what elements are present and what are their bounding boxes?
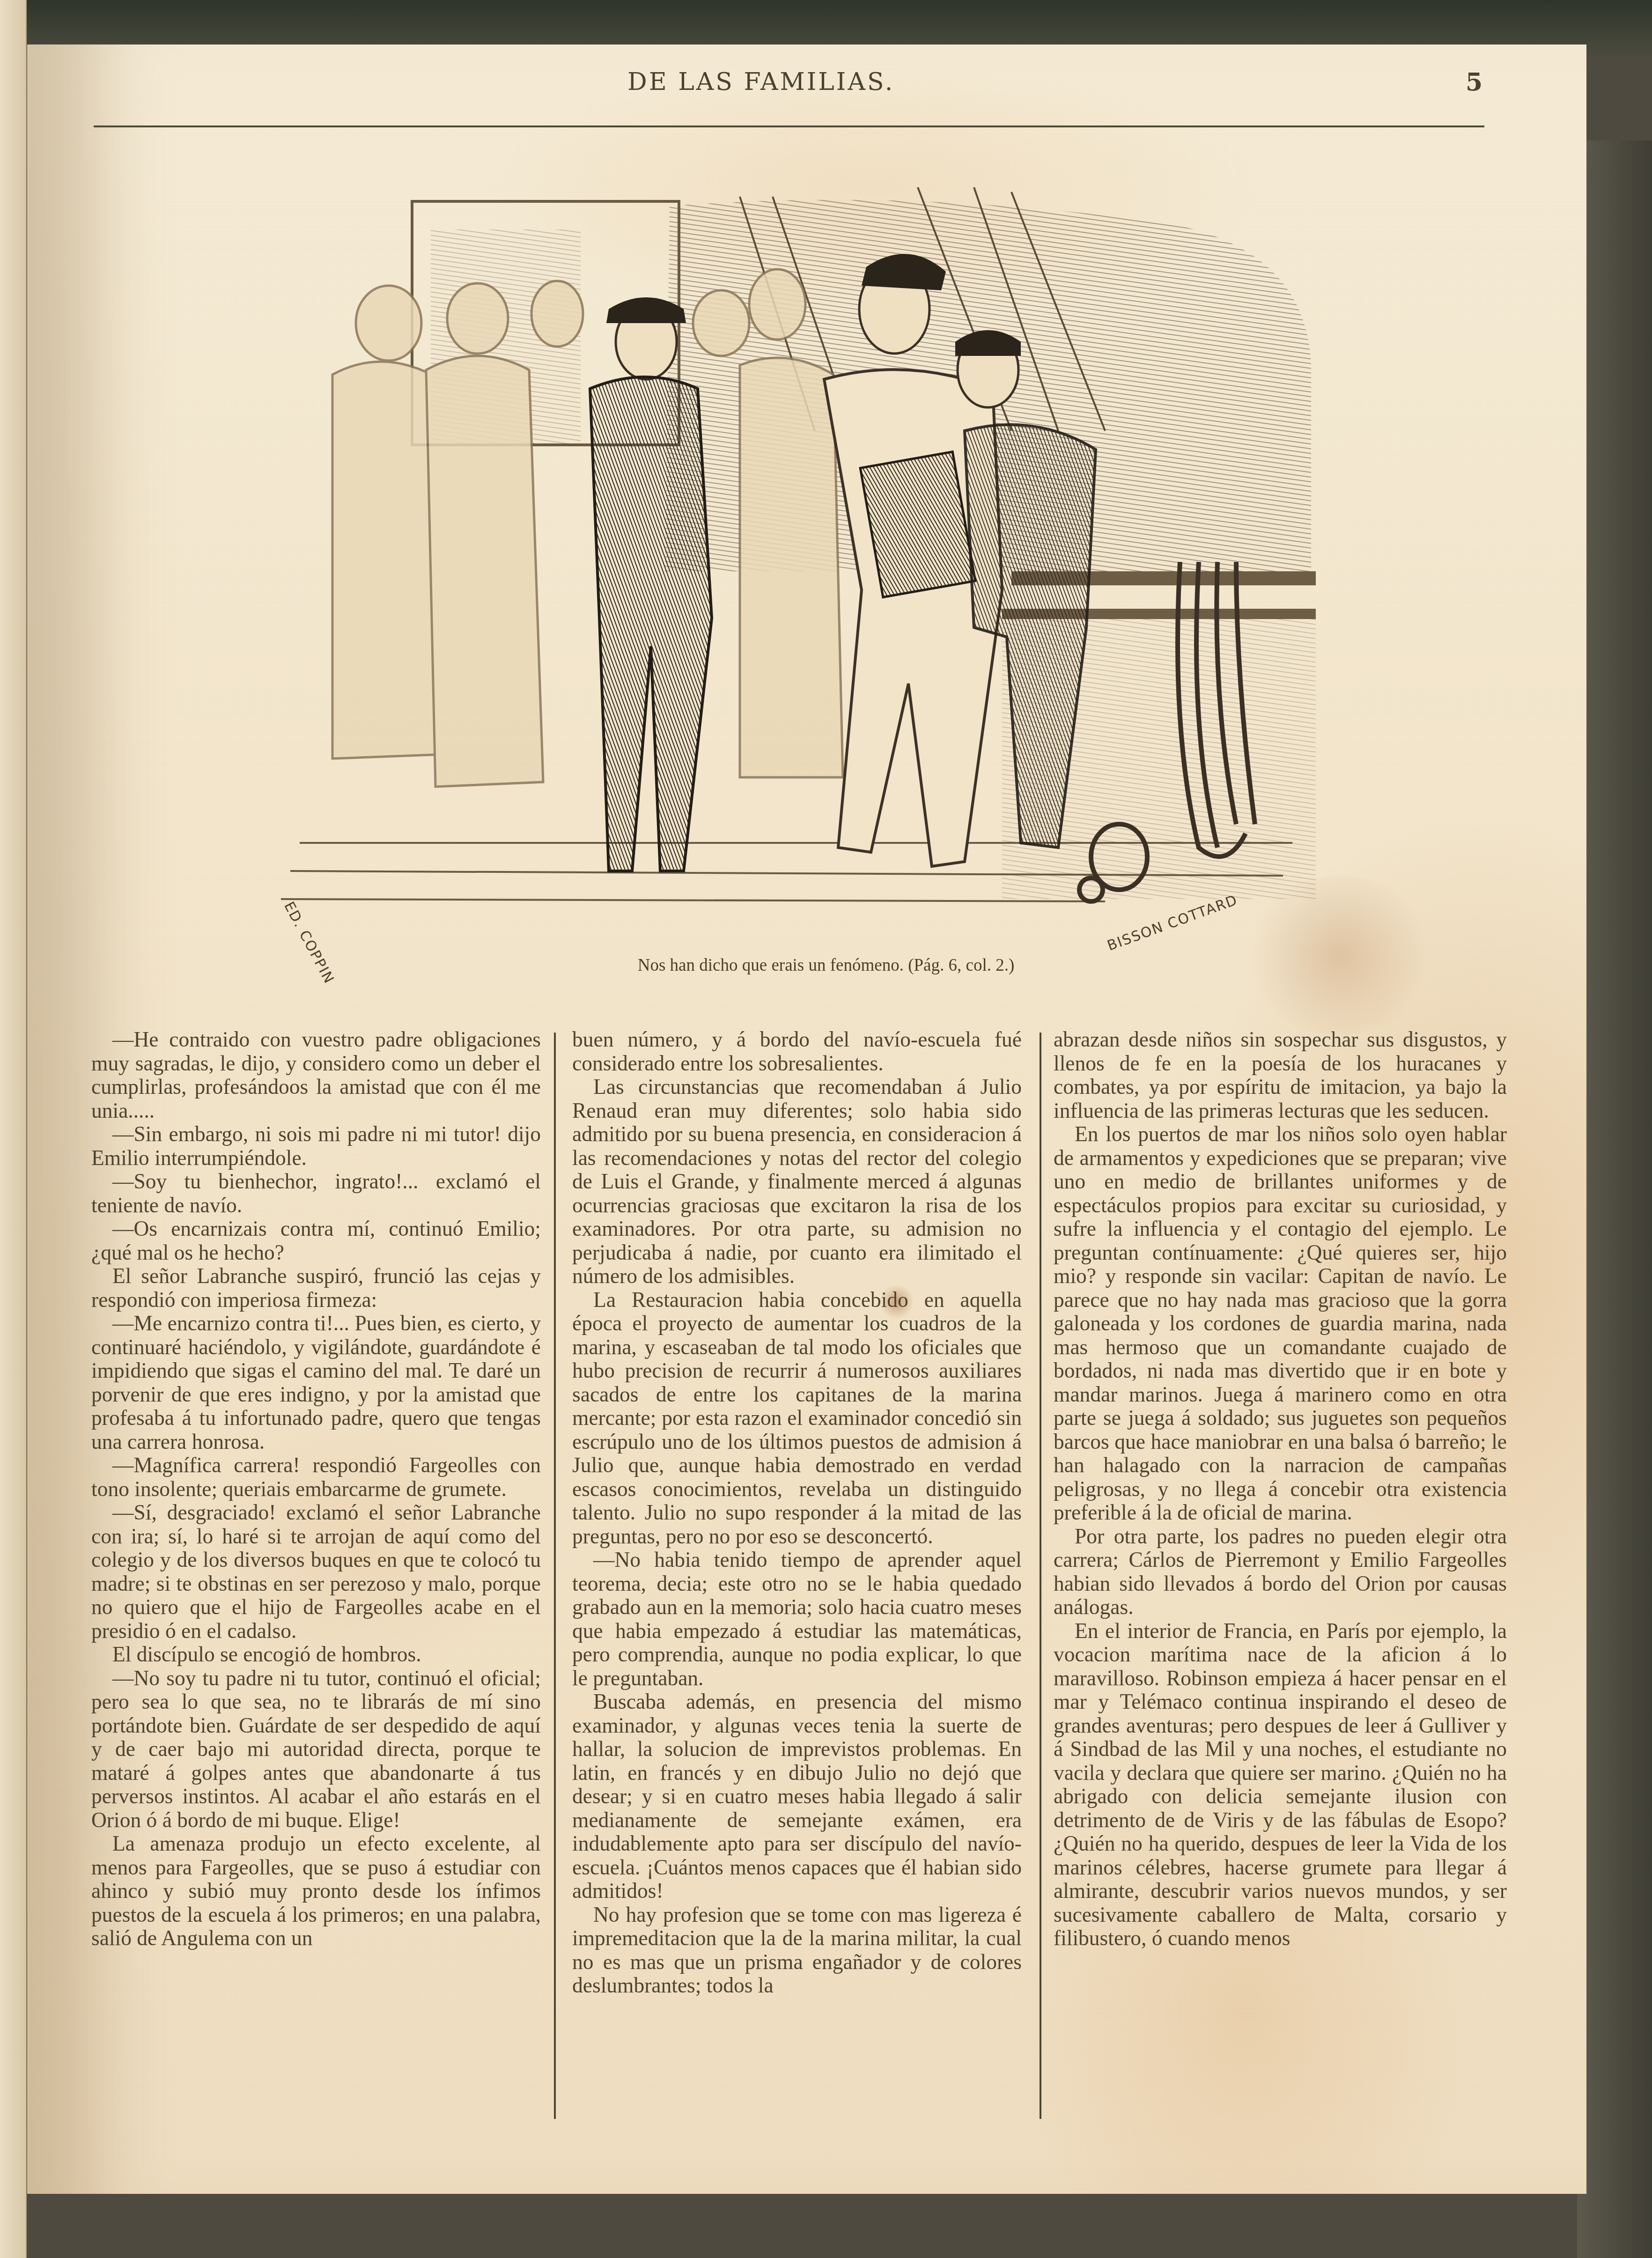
header-rule xyxy=(94,125,1484,127)
text-column-2: buen número, y á bordo del navío-escuela… xyxy=(572,1028,1022,1998)
paragraph: Por otra parte, los padres no pueden ele… xyxy=(1054,1525,1507,1619)
illustration-caption: Nos han dicho que erais un fenómeno. (Pá… xyxy=(0,955,1652,975)
paragraph: —No soy tu padre ni tu tutor, continuó e… xyxy=(91,1667,541,1832)
column-divider xyxy=(1040,1033,1041,2119)
paragraph: —Sí, desgraciado! exclamó el señor Labra… xyxy=(91,1501,541,1643)
text-column-1: —He contraido con vuestro padre obligaci… xyxy=(91,1028,541,1950)
paragraph: Buscaba además, en presencia del mismo e… xyxy=(572,1690,1022,1903)
previous-page-edge xyxy=(0,0,27,2258)
ship-deck-engraving-icon xyxy=(262,169,1335,918)
paragraph: No hay profesion que se tome con mas lig… xyxy=(572,1903,1022,1998)
running-head: DE LAS FAMILIAS. xyxy=(627,68,894,96)
paragraph: —Os encarnizais contra mí, continuó Emil… xyxy=(91,1217,541,1264)
paragraph: —Magnífica carrera! respondió Fargeolles… xyxy=(91,1454,541,1501)
paragraph-continued: buen número, y á bordo del navío-escuela… xyxy=(572,1028,1022,1075)
paragraph: En el interior de Francia, en París por … xyxy=(1054,1619,1507,1950)
engraving-illustration xyxy=(262,169,1335,918)
paragraph: —Me encarnizo contra ti!... Pues bien, e… xyxy=(91,1312,541,1454)
paragraph: El discípulo se encogió de hombros. xyxy=(91,1643,541,1667)
paragraph: —Soy tu bienhechor, ingrato!... exclamó … xyxy=(91,1170,541,1217)
paragraph: La amenaza produjo un efecto excelente, … xyxy=(91,1832,541,1950)
paragraph: —Sin embargo, ni sois mi padre ni mi tut… xyxy=(91,1122,541,1170)
paragraph: La Restauracion habia concebido en aquel… xyxy=(572,1288,1022,1549)
background-surface-right xyxy=(1577,140,1652,2258)
paragraph: En los puertos de mar los niños solo oye… xyxy=(1054,1122,1507,1525)
page-number: 5 xyxy=(1466,68,1482,96)
paragraph: El señor Labranche suspiró, frunció las … xyxy=(91,1264,541,1312)
paragraph: —He contraido con vuestro padre obligaci… xyxy=(91,1028,541,1122)
paragraph: Las circunstancias que recomendaban á Ju… xyxy=(572,1075,1022,1288)
paragraph-continued: abrazan desde niños sin sospechar sus di… xyxy=(1054,1028,1507,1122)
column-divider xyxy=(554,1033,556,2119)
paragraph: —No habia tenido tiempo de aprender aque… xyxy=(572,1548,1022,1690)
text-column-3: abrazan desde niños sin sospechar sus di… xyxy=(1054,1028,1507,1950)
